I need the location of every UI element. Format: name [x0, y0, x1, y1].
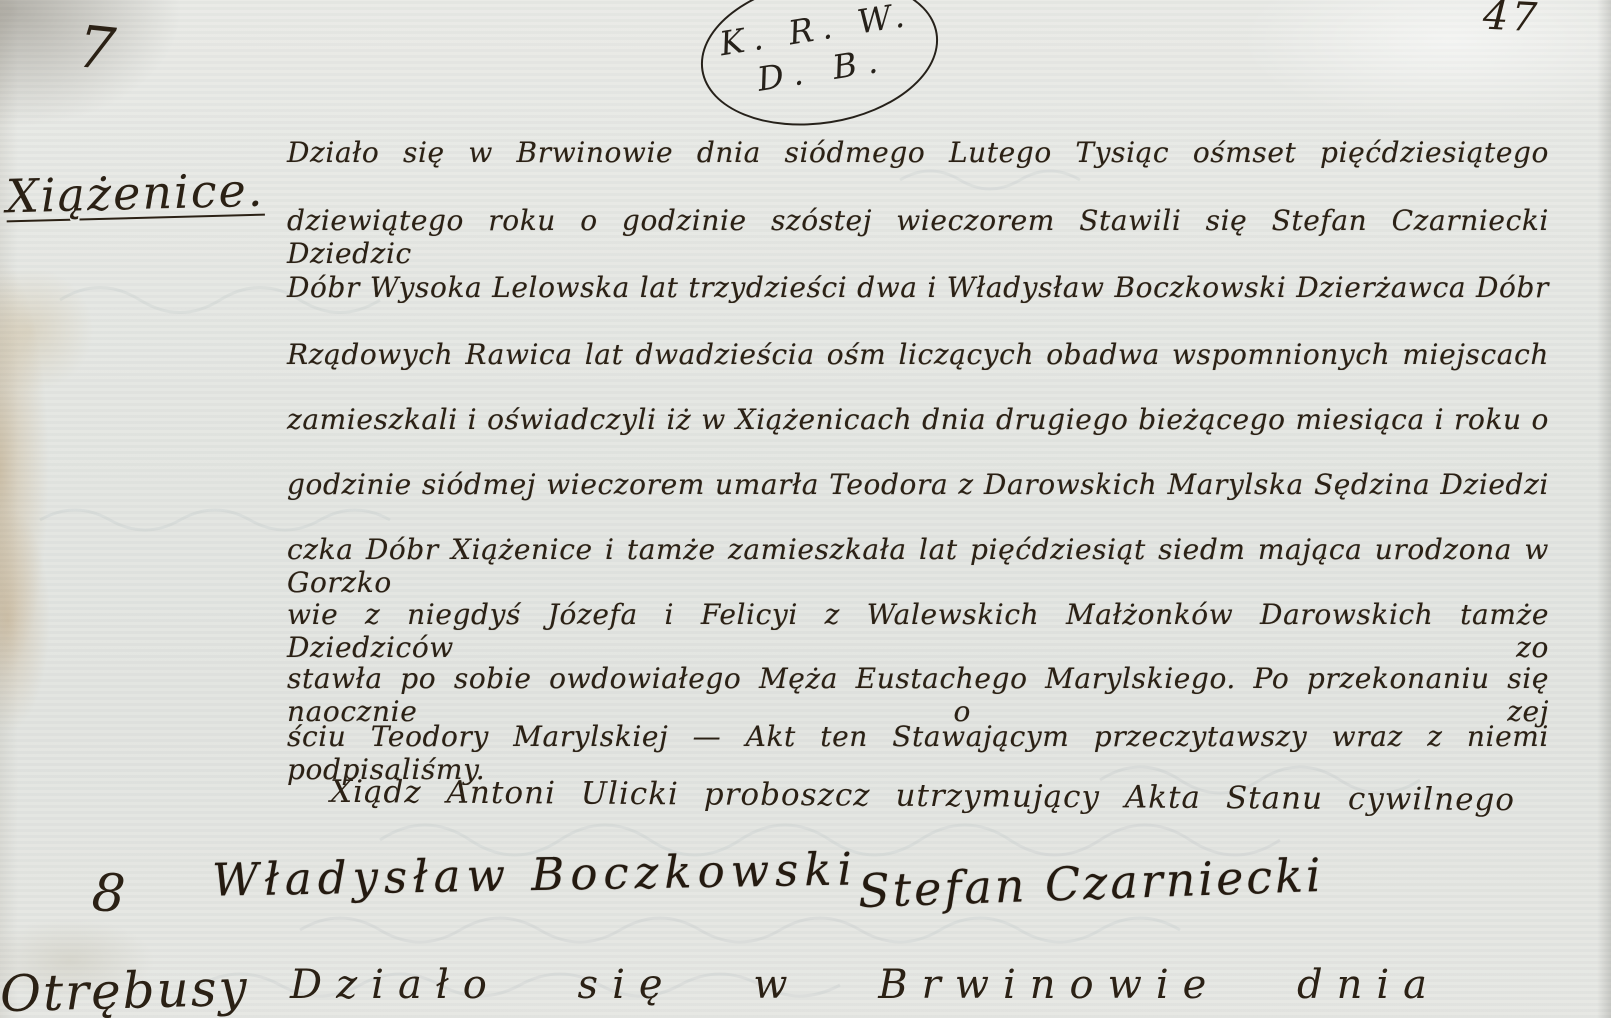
act-text-line: wie z niegdyś Józefa i Felicyi z Walewsk…	[287, 598, 1549, 632]
act-text-line: ściu Teodory Marylskiej — Akt ten Stawaj…	[287, 720, 1549, 754]
act-text-line: Dóbr Wysoka Lelowska lat trzydzieści dwa…	[287, 271, 1549, 305]
registry-page-scan: 47 K. R. W. D. B. 7 Xiążenice. Działo si…	[0, 0, 1611, 1018]
act-text-line: godzinie siódmej wieczorem umarła Teodor…	[287, 468, 1549, 502]
entry-number: 7	[75, 12, 119, 83]
act-text-line: Działo się w Brwinowie dnia siódmego Lut…	[287, 136, 1549, 170]
next-entry-number: 8	[90, 863, 127, 925]
registry-stamp: K. R. W. D. B.	[690, 0, 949, 142]
act-text-line: czka Dóbr Xiążenice i tamże zamieszkała …	[287, 533, 1549, 567]
next-entry-margin-place: Otrębusy	[0, 959, 249, 1018]
signature-witness-right: Stefan Czarniecki	[857, 848, 1324, 918]
act-text-line: Rządowych Rawica lat dwadzieścia ośm lic…	[287, 338, 1549, 372]
page-number: 47	[1482, 0, 1541, 41]
signature-witness-left: Władysław Boczkowski	[212, 842, 859, 906]
next-entry-first-line: Działo się w Brwinowie dnia	[290, 962, 1441, 1008]
margin-place-name: Xiążenice.	[5, 163, 265, 224]
act-text-line: zamieszkali i oświadczyli iż w Xiążenica…	[287, 403, 1549, 437]
act-text-line: stawła po sobie owdowiałego Męża Eustach…	[287, 662, 1549, 696]
clergy-attestation-line: Xiądz Antoni Ulicki proboszcz utrzymując…	[330, 774, 1515, 818]
act-text-line: dziewiątego roku o godzinie szóstej wiec…	[287, 204, 1549, 238]
